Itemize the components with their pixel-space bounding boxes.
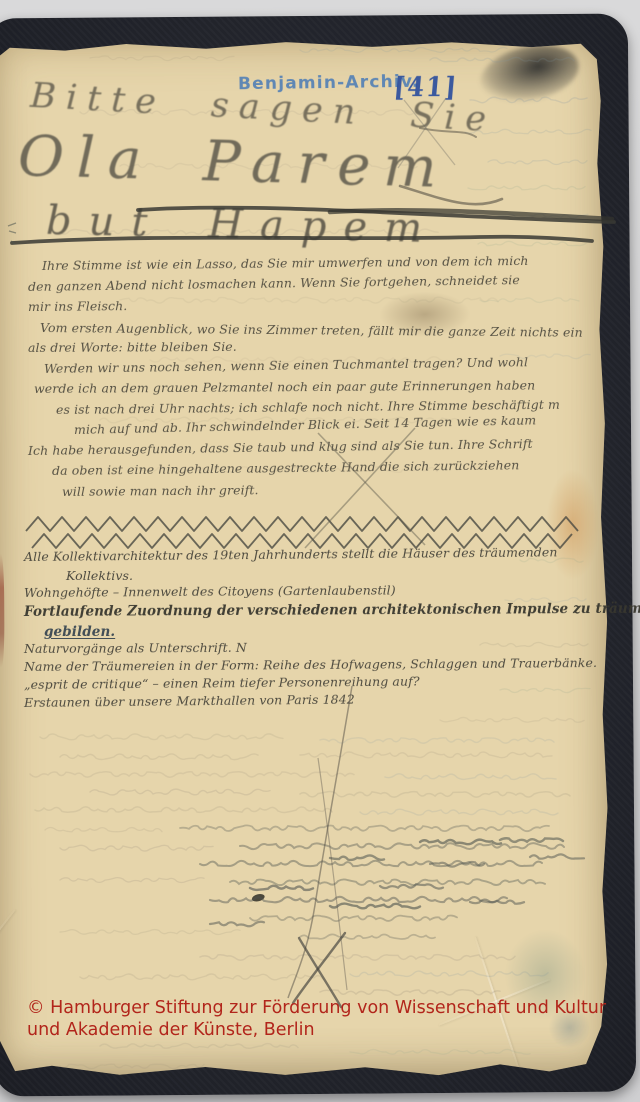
notes-text: Alle Kollektivarchitektur des 19ten Jahr… — [24, 549, 640, 712]
copyright-line-1: © Hamburger Stiftung zur Förderung von W… — [27, 997, 606, 1019]
body-line: mir ins Fleisch. — [28, 292, 583, 317]
note-line: Fortlaufende Zuordnung der verschiedenen… — [24, 600, 640, 620]
heading-line-3-struck: but Hapem — [46, 198, 440, 252]
note-line: Wohngehöfte – Innenwelt des Citoyens (Ga… — [24, 580, 640, 601]
body-line: will sowie man nach ihr greift. — [62, 477, 583, 502]
note-line: Naturvorgänge als Unterschrift. N — [24, 637, 640, 657]
red-margin-streak — [0, 554, 5, 668]
manuscript-photo: Benjamin-Archiv. [41] Bitte sagen Sie Ol… — [0, 0, 640, 1102]
copyright-line-2: und Akademie der Künste, Berlin — [27, 1019, 606, 1041]
body-text: Ihre Stimme ist wie ein Lasso, das Sie m… — [28, 256, 583, 502]
ink-dot-stain — [251, 893, 265, 903]
heading-line-2: Ola Parem — [17, 124, 450, 201]
copyright-notice: © Hamburger Stiftung zur Förderung von W… — [27, 997, 606, 1041]
